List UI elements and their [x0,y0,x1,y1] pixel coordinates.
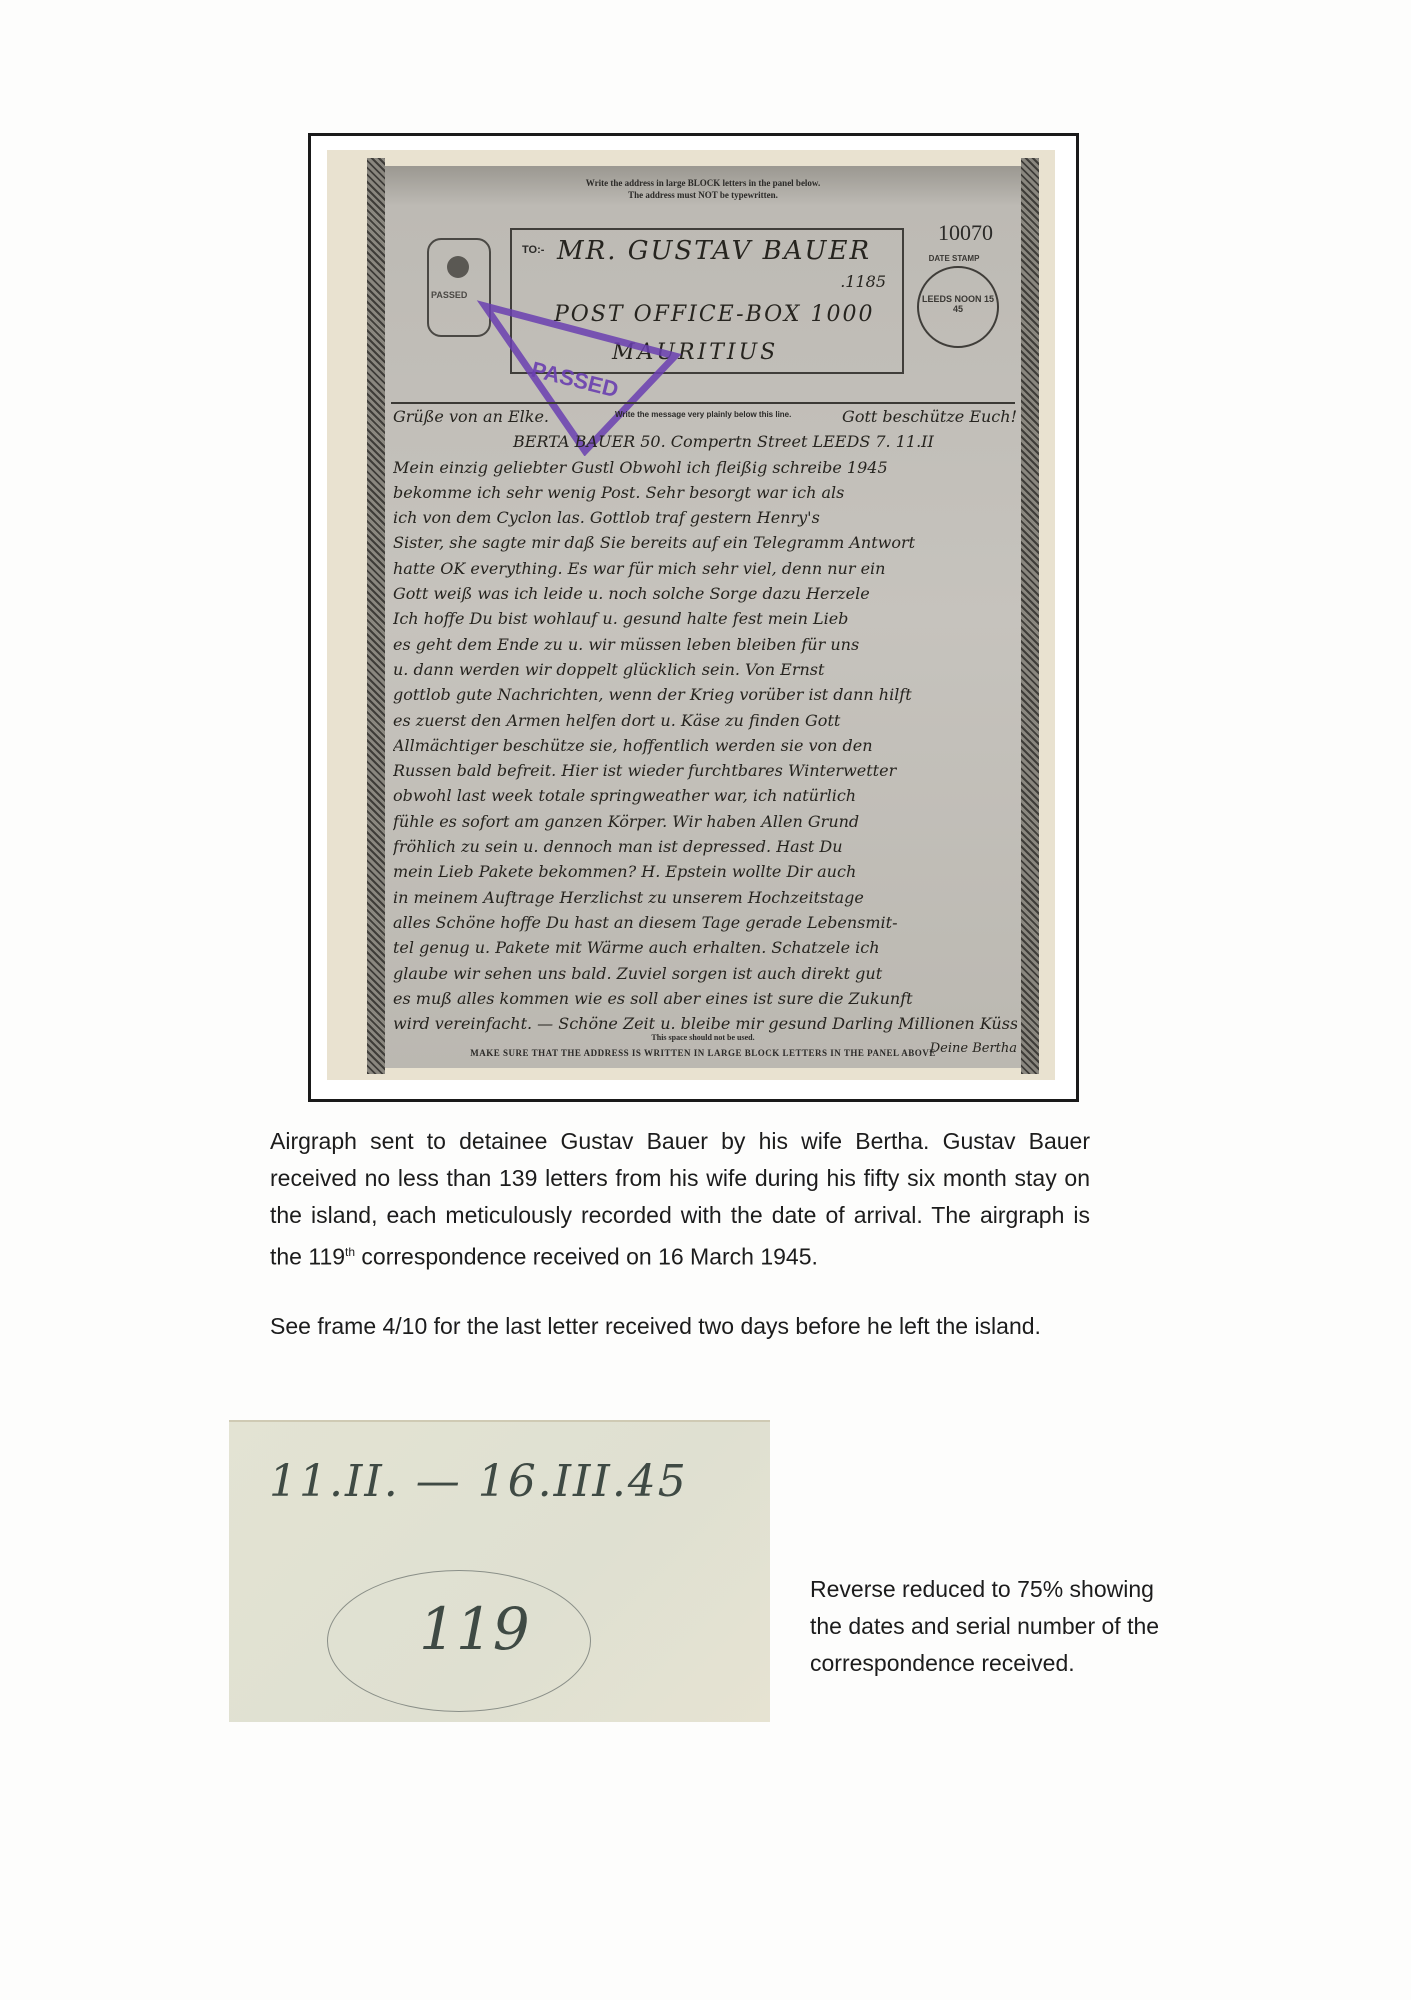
airgraph-photo: Write the address in large BLOCK letters… [327,150,1055,1080]
message-line: ich von dem Cyclon las. Gottlob traf ges… [393,505,1017,530]
reverse-photo: 11.II. — 16.III.45 119 [229,1420,770,1722]
handwritten-message: Grüße von an Elke. Gott beschütze Euch! … [393,404,1017,1062]
message-line: Sister, she sagte mir daß Sie bereits au… [393,530,1017,555]
message-line: glaube wir sehen uns bald. Zuviel sorgen… [393,961,1017,986]
message-line: es muß alles kommen wie es soll aber ein… [393,986,1017,1011]
message-line: es geht dem Ende zu u. wir müssen leben … [393,632,1017,657]
date-stamp-postmark: LEEDS NOON 15 45 [917,266,999,348]
message-line: in meinem Auftrage Herzlichst zu unserem… [393,885,1017,910]
message-line: es zuerst den Armen helfen dort u. Käse … [393,708,1017,733]
handwritten-serial: 119 [419,1595,530,1663]
printed-instruction-2: The address must NOT be typewritten. [385,190,1021,200]
message-line: mein Lieb Pakete bekommen? H. Epstein wo… [393,859,1017,884]
main-caption: Airgraph sent to detainee Gustav Bauer b… [270,1123,1090,1276]
hatched-border-right [1021,158,1039,1074]
date-stamp-label: DATE STAMP [909,254,999,263]
address-line: .1185 [840,272,886,291]
caption-text-end: correspondence received on 16 March 1945… [355,1244,818,1270]
message-line: u. dann werden wir doppelt glücklich sei… [393,657,1017,682]
hatched-border-left [367,158,385,1074]
footer-notice: MAKE SURE THAT THE ADDRESS IS WRITTEN IN… [385,1048,1021,1058]
handwritten-dates: 11.II. — 16.III.45 [269,1456,688,1507]
footer-small-print: This space should not be used. [385,1033,1021,1042]
see-also-caption: See frame 4/10 for the last letter recei… [270,1313,1041,1340]
message-line: alles Schöne hoffe Du hast an diesem Tag… [393,910,1017,935]
reverse-caption: Reverse reduced to 75% showing the dates… [810,1571,1190,1682]
message-line: tel genug u. Pakete mit Wärme auch erhal… [393,935,1017,960]
address-to-label: TO:- [522,244,544,256]
greeting-right: Gott beschütze Euch! [842,404,1017,429]
message-line: obwohl last week totale springweather wa… [393,783,1017,808]
ordinal-suffix: th [345,1245,355,1259]
message-line: bekomme ich sehr wenig Post. Sehr besorg… [393,480,1017,505]
message-line: Gott weiß was ich leide u. noch solche S… [393,581,1017,606]
greeting-left: Grüße von an Elke. [393,404,549,429]
printed-instruction-1: Write the address in large BLOCK letters… [385,178,1021,188]
message-line: Ich hoffe Du bist wohlauf u. gesund halt… [393,606,1017,631]
airgraph-form: Write the address in large BLOCK letters… [385,166,1021,1068]
crown-icon [447,256,469,278]
postmark-text: LEEDS NOON 15 45 [919,294,997,314]
address-line: MR. GUSTAV BAUER [557,236,871,266]
message-line: Russen bald befreit. Hier ist wieder fur… [393,758,1017,783]
serial-number: 10070 [938,220,993,246]
message-line: hatte OK everything. Es war für mich seh… [393,556,1017,581]
message-line: Allmächtiger beschütze sie, hoffentlich … [393,733,1017,758]
passed-label: PASSED [431,290,467,300]
message-line: Mein einzig geliebter Gustl Obwohl ich f… [393,455,1017,480]
message-line: fühle es sofort am ganzen Körper. Wir ha… [393,809,1017,834]
sender-address: BERTA BAUER 50. Compertn Street LEEDS 7.… [393,429,1017,454]
message-line: gottlob gute Nachrichten, wenn der Krieg… [393,682,1017,707]
message-line: fröhlich zu sein u. dennoch man ist depr… [393,834,1017,859]
